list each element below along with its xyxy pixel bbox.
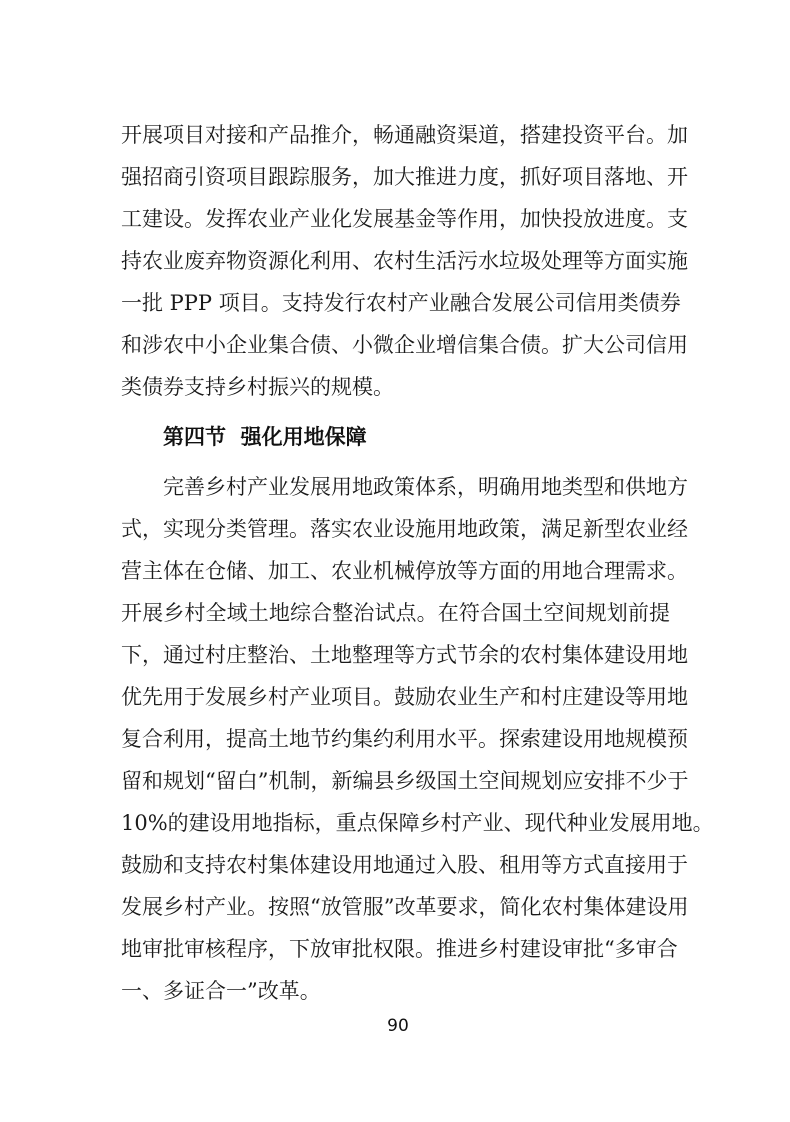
text-line: 一、多证合一”改革。: [121, 976, 670, 1006]
text-line: 式，实现分类管理。落实农业设施用地政策，满足新型农业经: [121, 514, 670, 544]
text-line: 持农业废弃物资源化利用、农村生活污水垃圾处理等方面实施: [121, 246, 670, 276]
text-line: 工建设。发挥农业产业化发展基金等作用，加快投放进度。支: [121, 204, 670, 234]
text-line: 营主体在仓储、加工、农业机械停放等方面的用地合理需求。: [121, 556, 670, 586]
text-line: 发展乡村产业。按照“放管服”改革要求，简化农村集体建设用: [121, 892, 670, 922]
text-line: 和涉农中小企业集合债、小微企业增信集合债。扩大公司信用: [121, 330, 670, 360]
text-line: 地审批审核程序，下放审批权限。推进乡村建设审批“多审合: [121, 934, 670, 964]
section-heading: 第四节 强化用地保障: [163, 422, 367, 452]
text-line: 开展乡村全域土地综合整治试点。在符合国土空间规划前提: [121, 598, 670, 628]
text-line: 10%的建设用地指标，重点保障乡村产业、现代种业发展用地。: [121, 808, 670, 838]
text-line: 类债券支持乡村振兴的规模。: [121, 372, 670, 402]
page-number: 90: [370, 1016, 426, 1036]
text-line: 开展项目对接和产品推介，畅通融资渠道，搭建投资平台。加: [121, 120, 670, 150]
document-page: 开展项目对接和产品推介，畅通融资渠道，搭建投资平台。加 强招商引资项目跟踪服务，…: [0, 0, 790, 1122]
text-line: 强招商引资项目跟踪服务，加大推进力度，抓好项目落地、开: [121, 162, 670, 192]
text-line: 一批 PPP 项目。支持发行农村产业融合发展公司信用类债券: [121, 288, 670, 318]
text-line: 优先用于发展乡村产业项目。鼓励农业生产和村庄建设等用地: [121, 682, 670, 712]
text-line: 鼓励和支持农村集体建设用地通过入股、租用等方式直接用于: [121, 850, 670, 880]
text-line: 下，通过村庄整治、土地整理等方式节余的农村集体建设用地: [121, 640, 670, 670]
text-line: 留和规划“留白”机制，新编县乡级国土空间规划应安排不少于: [121, 766, 670, 796]
text-line: 完善乡村产业发展用地政策体系，明确用地类型和供地方: [163, 472, 670, 502]
text-line: 复合利用，提高土地节约集约利用水平。探索建设用地规模预: [121, 724, 670, 754]
